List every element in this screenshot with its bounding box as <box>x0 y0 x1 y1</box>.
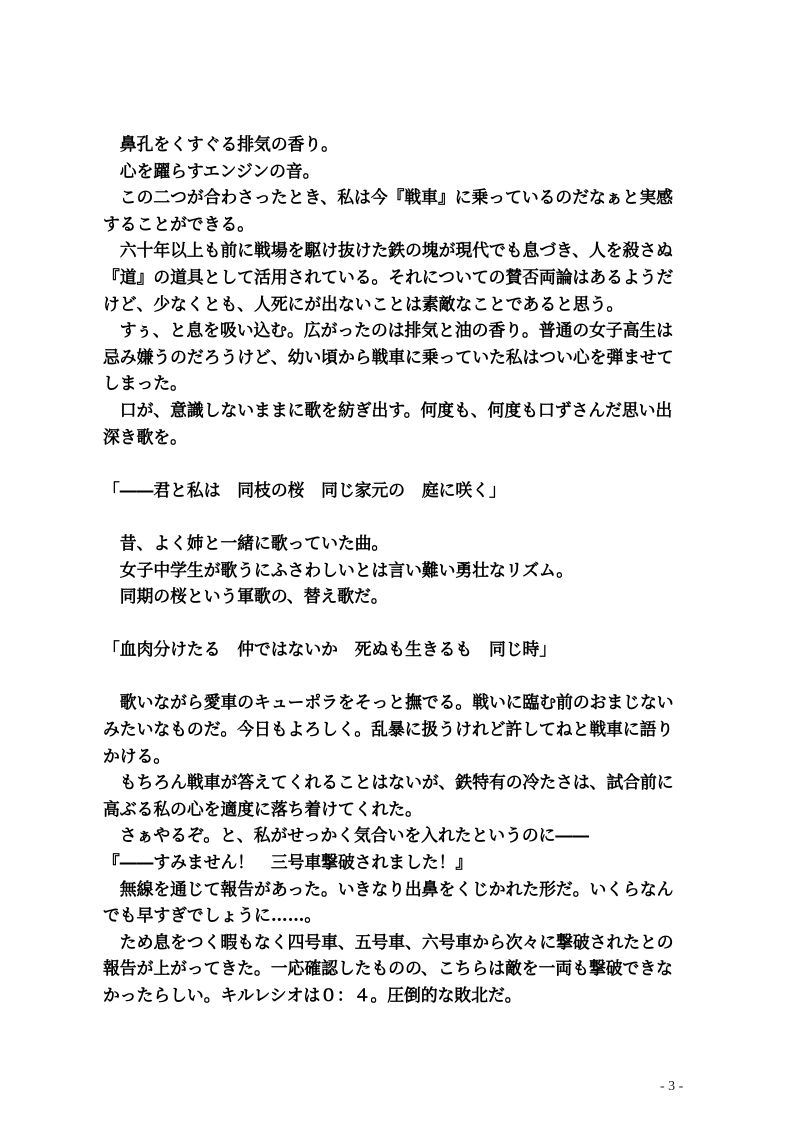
text-line: けど、少なくとも、人死にが出ないことは素敵なことであると思う。 <box>103 291 703 318</box>
text-line: さぁやるぞ。と、私がせっかく気合いを入れたというのに―― <box>103 822 703 849</box>
text-line: することができる。 <box>103 211 703 238</box>
blank-line <box>103 610 703 637</box>
text-line: しまった。 <box>103 370 703 397</box>
text-line: 無線を通じて報告があった。いきなり出鼻をくじかれた形だ。いくらなん <box>103 876 703 903</box>
text-line: 高ぶる私の心を適度に落ち着けてくれた。 <box>103 796 703 823</box>
blank-line <box>103 503 703 530</box>
text-line: 口が、意識しないままに歌を紡ぎ出す。何度も、何度も口ずさんだ思い出 <box>103 397 703 424</box>
text-line: ため息をつく暇もなく四号車、五号車、六号車から次々に撃破されたとの <box>103 929 703 956</box>
text-line: 六十年以上も前に戦場を駆け抜けた鉄の塊が現代でも息づき、人を殺さぬ <box>103 237 703 264</box>
radio-dialogue-line: 『――すみません！ 三号車撃破されました！』 <box>103 849 703 876</box>
blank-line <box>103 450 703 477</box>
blank-line <box>103 663 703 690</box>
text-line: もちろん戦車が答えてくれることはないが、鉄特有の冷たさは、試合前に <box>103 769 703 796</box>
text-line: 同期の桜という軍歌の、替え歌だ。 <box>103 583 703 610</box>
page-number: - 3 - <box>660 1079 683 1095</box>
text-line: 報告が上がってきた。一応確認したものの、こちらは敵を一両も撃破できな <box>103 955 703 982</box>
text-line: 女子中学生が歌うにふさわしいとは言い難い勇壮なリズム。 <box>103 557 703 584</box>
text-line: この二つが合わさったとき、私は今『戦車』に乗っているのだなぁと実感 <box>103 184 703 211</box>
text-line: 心を躍らすエンジンの音。 <box>103 158 703 185</box>
text-line: かける。 <box>103 743 703 770</box>
song-lyric-line: 「――君と私は 同枝の桜 同じ家元の 庭に咲く」 <box>103 477 703 504</box>
text-line: 歌いながら愛車のキューポラをそっと撫でる。戦いに臨む前のおまじない <box>103 689 703 716</box>
text-line: 深き歌を。 <box>103 424 703 451</box>
text-line: 昔、よく姉と一緒に歌っていた曲。 <box>103 530 703 557</box>
text-line: 鼻孔をくすぐる排気の香り。 <box>103 131 703 158</box>
text-line: かったらしい。キルレシオは０：４。圧倒的な敗北だ。 <box>103 982 703 1009</box>
text-line: でも早すぎでしょうに……。 <box>103 902 703 929</box>
text-line: 『道』の道具として活用されている。それについての賛否両論はあるようだ <box>103 264 703 291</box>
text-line: 忌み嫌うのだろうけど、幼い頃から戦車に乗っていた私はつい心を弾ませて <box>103 344 703 371</box>
song-lyric-line: 「血肉分けたる 仲ではないか 死ぬも生きるも 同じ時」 <box>103 636 703 663</box>
text-line: すぅ、と息を吸い込む。広がったのは排気と油の香り。普通の女子高生は <box>103 317 703 344</box>
document-body: 鼻孔をくすぐる排気の香り。 心を躍らすエンジンの音。 この二つが合わさったとき、… <box>103 131 703 1009</box>
text-line: みたいなものだ。今日もよろしく。乱暴に扱うけれど許してねと戦車に語り <box>103 716 703 743</box>
